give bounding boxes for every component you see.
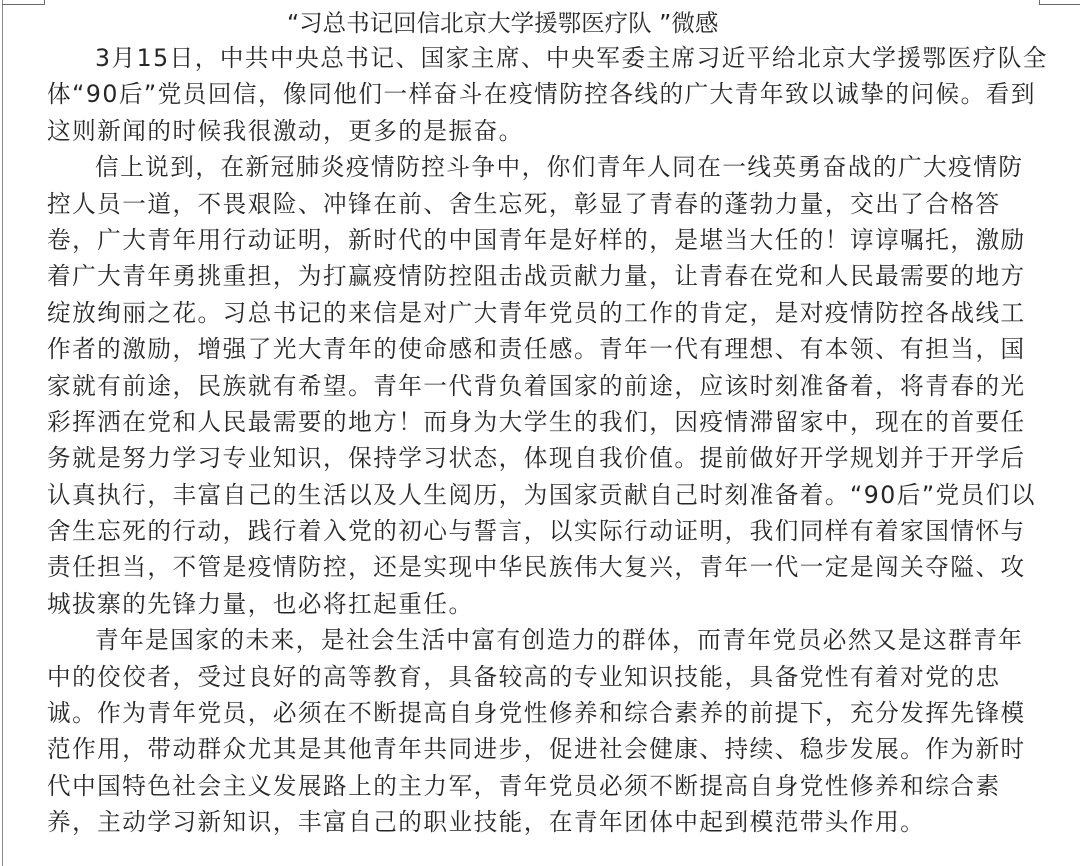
text-line: 绽放绚丽之花。习总书记的来信是对广大青年党员的工作的肯定，是对疫情防控各战线工 bbox=[47, 295, 1047, 331]
text-line: 范作用，带动群众尤其是其他青年共同进步，促进社会健康、持续、稳步发展。作为新时 bbox=[47, 731, 1047, 767]
text-line: 卷，广大青年用行动证明，新时代的中国青年是好样的，是堪当大任的！谆谆嘱托，激励 bbox=[47, 222, 1047, 258]
text-line: 诚。作为青年党员，必须在不断提高自身党性修养和综合素养的前提下，充分发挥先锋模 bbox=[47, 695, 1047, 731]
text-line: 这则新闻的时候我很激动，更多的是振奋。 bbox=[47, 113, 1047, 149]
text-line: 3月15日，中共中央总书记、国家主席、中央军委主席习近平给北京大学援鄂医疗队全 bbox=[47, 40, 1047, 76]
page-left-margin-line bbox=[2, 0, 3, 866]
text-line: 养，主动学习新知识，丰富自己的职业技能，在青年团体中起到模范带头作用。 bbox=[47, 804, 1047, 840]
text-line: 信上说到，在新冠肺炎疫情防控斗争中，你们青年人同在一线英勇奋战的广大疫情防 bbox=[47, 149, 1047, 185]
text-line: 认真执行，丰富自己的生活以及人生阅历，为国家贡献自己时刻准备着。“90后”党员们… bbox=[47, 477, 1047, 513]
text-line: 着广大青年勇挑重担，为打赢疫情防控阻击战贡献力量，让青春在党和人民最需要的地方 bbox=[47, 258, 1047, 294]
text-line: 家就有前途，民族就有希望。青年一代背负着国家的前途，应该时刻准备着，将青春的光 bbox=[47, 368, 1047, 404]
text-line: 控人员一道，不畏艰险、冲锋在前、舍生忘死，彰显了青春的蓬勃力量，交出了合格答 bbox=[47, 186, 1047, 222]
text-line: 舍生忘死的行动，践行着入党的初心与誓言，以实际行动证明，我们同样有着家国情怀与 bbox=[47, 513, 1047, 549]
text-line: 务就是努力学习专业知识，保持学习状态，体现自我价值。提前做好开学规划并于开学后 bbox=[47, 440, 1047, 476]
text-line: 作者的激励，增强了光大青年的使命感和责任感。青年一代有理想、有本领、有担当，国 bbox=[47, 331, 1047, 367]
text-line: 责任担当，不管是疫情防控，还是实现中华民族伟大复兴，青年一代一定是闯关夺隘、攻 bbox=[47, 549, 1047, 585]
text-line: 体“90后”党员回信，像同他们一样奋斗在疫情防控各线的广大青年致以诚挚的问候。看… bbox=[47, 76, 1047, 112]
paragraph-2: 信上说到，在新冠肺炎疫情防控斗争中，你们青年人同在一线英勇奋战的广大疫情防 控人… bbox=[47, 149, 1047, 622]
paragraph-1: 3月15日，中共中央总书记、国家主席、中央军委主席习近平给北京大学援鄂医疗队全 … bbox=[47, 40, 1047, 149]
paragraph-3: 青年是国家的未来，是社会生活中富有创造力的群体，而青年党员必然又是这群青年 中的… bbox=[47, 622, 1047, 840]
page-corner-mark-top-right bbox=[1039, 0, 1080, 5]
text-line: 中的佼佼者，受过良好的高等教育，具备较高的专业知识技能，具备党性有着对党的忠 bbox=[47, 659, 1047, 695]
text-line: 城拔寨的先锋力量，也必将扛起重任。 bbox=[47, 586, 1047, 622]
page-corner-mark-top-left bbox=[2, 0, 45, 5]
document-title: “习总书记回信北京大学援鄂医疗队 ”微感 bbox=[47, 6, 1047, 40]
text-line: 青年是国家的未来，是社会生活中富有创造力的群体，而青年党员必然又是这群青年 bbox=[47, 622, 1047, 658]
document-body: “习总书记回信北京大学援鄂医疗队 ”微感 3月15日，中共中央总书记、国家主席、… bbox=[47, 6, 1047, 841]
text-line: 代中国特色社会主义发展路上的主力军，青年党员必须不断提高自身党性修养和综合素 bbox=[47, 768, 1047, 804]
text-line: 彩挥洒在党和人民最需要的地方！而身为大学生的我们，因疫情滞留家中，现在的首要任 bbox=[47, 404, 1047, 440]
